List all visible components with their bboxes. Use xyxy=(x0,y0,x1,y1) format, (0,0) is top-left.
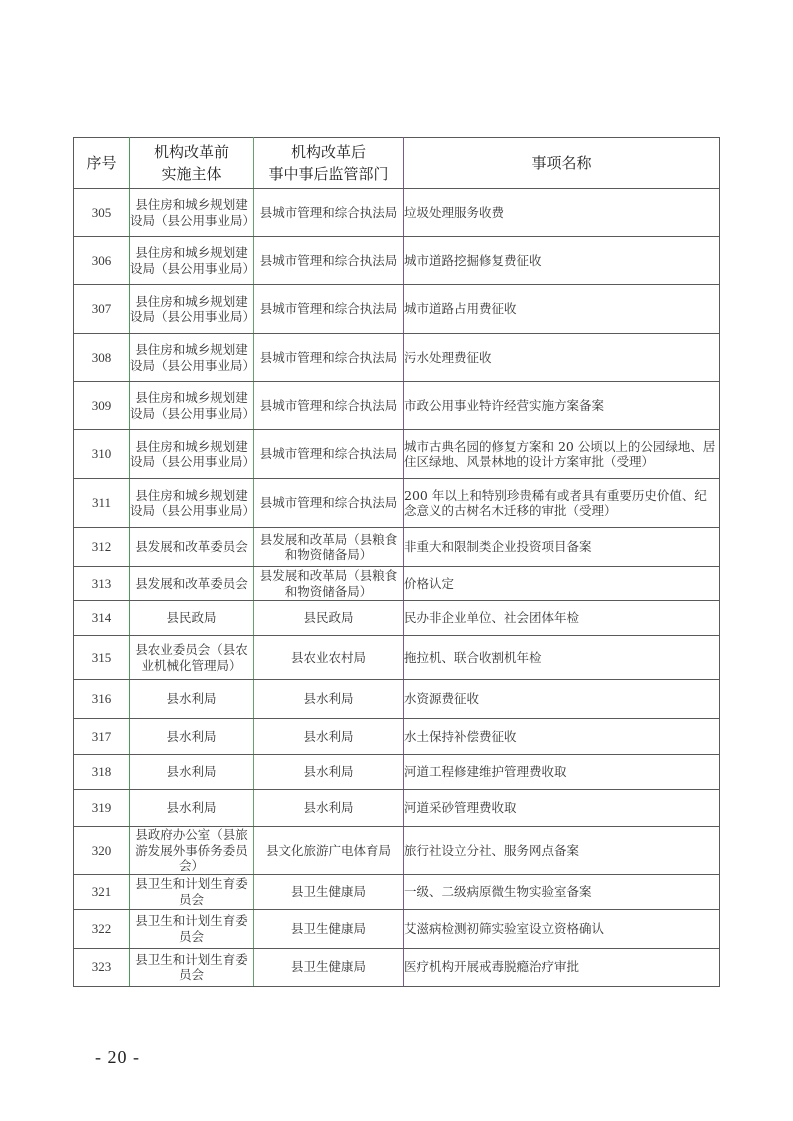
row-after-reform-department: 县城市管理和综合执法局 xyxy=(254,237,404,285)
row-matter-name: 河道采砂管理费收取 xyxy=(404,790,720,827)
row-matter-name: 医疗机构开展戒毒脱瘾治疗审批 xyxy=(404,948,720,986)
row-before-reform-entity: 县住房和城乡规划建设局（县公用事业局） xyxy=(130,430,254,479)
regulatory-matters-table: 序号 机构改革前 实施主体 机构改革后 事中事后监管部门 事项名称 305县住房… xyxy=(73,137,720,987)
row-index: 310 xyxy=(74,430,130,479)
row-before-reform-entity: 县住房和城乡规划建设局（县公用事业局） xyxy=(130,382,254,430)
row-before-reform-entity: 县住房和城乡规划建设局（县公用事业局） xyxy=(130,237,254,285)
row-before-reform-entity: 县发展和改革委员会 xyxy=(130,528,254,567)
row-before-reform-entity: 县住房和城乡规划建设局（县公用事业局） xyxy=(130,479,254,528)
row-before-reform-entity: 县民政局 xyxy=(130,601,254,636)
table-row: 314县民政局县民政局民办非企业单位、社会团体年检 xyxy=(74,601,720,636)
row-index: 309 xyxy=(74,382,130,430)
header-before-reform-entity: 机构改革前 实施主体 xyxy=(130,138,254,189)
row-index: 314 xyxy=(74,601,130,636)
row-after-reform-department: 县城市管理和综合执法局 xyxy=(254,382,404,430)
table-row: 320县政府办公室（县旅游发展外事侨务委员会）县文化旅游广电体育局旅行社设立分社… xyxy=(74,827,720,875)
row-matter-name: 河道工程修建维护管理费收取 xyxy=(404,755,720,790)
row-before-reform-entity: 县发展和改革委员会 xyxy=(130,567,254,601)
row-after-reform-department: 县卫生健康局 xyxy=(254,874,404,909)
row-matter-name: 城市道路占用费征收 xyxy=(404,285,720,334)
table-row: 317县水利局县水利局水土保持补偿费征收 xyxy=(74,719,720,755)
row-index: 323 xyxy=(74,948,130,986)
table-row: 305县住房和城乡规划建设局（县公用事业局）县城市管理和综合执法局垃圾处理服务收… xyxy=(74,189,720,237)
row-index: 312 xyxy=(74,528,130,567)
row-index: 319 xyxy=(74,790,130,827)
row-after-reform-department: 县文化旅游广电体育局 xyxy=(254,827,404,875)
row-matter-name: 民办非企业单位、社会团体年检 xyxy=(404,601,720,636)
row-index: 322 xyxy=(74,909,130,948)
table-row: 311县住房和城乡规划建设局（县公用事业局）县城市管理和综合执法局200 年以上… xyxy=(74,479,720,528)
table-row: 312县发展和改革委员会县发展和改革局（县粮食和物资储备局）非重大和限制类企业投… xyxy=(74,528,720,567)
table-row: 306县住房和城乡规划建设局（县公用事业局）县城市管理和综合执法局城市道路挖掘修… xyxy=(74,237,720,285)
row-after-reform-department: 县水利局 xyxy=(254,755,404,790)
table-row: 310县住房和城乡规划建设局（县公用事业局）县城市管理和综合执法局城市古典名园的… xyxy=(74,430,720,479)
row-index: 321 xyxy=(74,874,130,909)
row-matter-name: 城市古典名园的修复方案和 20 公顷以上的公园绿地、居住区绿地、风景林地的设计方… xyxy=(404,430,720,479)
row-before-reform-entity: 县水利局 xyxy=(130,755,254,790)
row-index: 305 xyxy=(74,189,130,237)
table-row: 321县卫生和计划生育委员会县卫生健康局一级、二级病原微生物实验室备案 xyxy=(74,874,720,909)
table-row: 323县卫生和计划生育委员会县卫生健康局医疗机构开展戒毒脱瘾治疗审批 xyxy=(74,948,720,986)
row-index: 316 xyxy=(74,680,130,719)
row-matter-name: 污水处理费征收 xyxy=(404,334,720,382)
row-before-reform-entity: 县住房和城乡规划建设局（县公用事业局） xyxy=(130,189,254,237)
row-matter-name: 水资源费征收 xyxy=(404,680,720,719)
row-after-reform-department: 县水利局 xyxy=(254,790,404,827)
row-matter-name: 价格认定 xyxy=(404,567,720,601)
row-index: 311 xyxy=(74,479,130,528)
table-row: 309县住房和城乡规划建设局（县公用事业局）县城市管理和综合执法局市政公用事业特… xyxy=(74,382,720,430)
row-before-reform-entity: 县住房和城乡规划建设局（县公用事业局） xyxy=(130,334,254,382)
table-row: 322县卫生和计划生育委员会县卫生健康局艾滋病检测初筛实验室设立资格确认 xyxy=(74,909,720,948)
row-index: 313 xyxy=(74,567,130,601)
row-index: 306 xyxy=(74,237,130,285)
row-index: 318 xyxy=(74,755,130,790)
row-matter-name: 旅行社设立分社、服务网点备案 xyxy=(404,827,720,875)
row-before-reform-entity: 县卫生和计划生育委员会 xyxy=(130,909,254,948)
row-index: 315 xyxy=(74,636,130,680)
table-row: 316县水利局县水利局水资源费征收 xyxy=(74,680,720,719)
row-before-reform-entity: 县政府办公室（县旅游发展外事侨务委员会） xyxy=(130,827,254,875)
row-after-reform-department: 县发展和改革局（县粮食和物资储备局） xyxy=(254,528,404,567)
row-after-reform-department: 县卫生健康局 xyxy=(254,948,404,986)
row-matter-name: 垃圾处理服务收费 xyxy=(404,189,720,237)
row-after-reform-department: 县城市管理和综合执法局 xyxy=(254,285,404,334)
row-index: 307 xyxy=(74,285,130,334)
row-before-reform-entity: 县卫生和计划生育委员会 xyxy=(130,948,254,986)
table-row: 315县农业委员会（县农业机械化管理局）县农业农村局拖拉机、联合收割机年检 xyxy=(74,636,720,680)
row-after-reform-department: 县城市管理和综合执法局 xyxy=(254,430,404,479)
row-index: 308 xyxy=(74,334,130,382)
row-index: 317 xyxy=(74,719,130,755)
header-index: 序号 xyxy=(74,138,130,189)
row-after-reform-department: 县城市管理和综合执法局 xyxy=(254,479,404,528)
row-matter-name: 拖拉机、联合收割机年检 xyxy=(404,636,720,680)
row-matter-name: 城市道路挖掘修复费征收 xyxy=(404,237,720,285)
row-after-reform-department: 县发展和改革局（县粮食和物资储备局） xyxy=(254,567,404,601)
row-before-reform-entity: 县水利局 xyxy=(130,680,254,719)
row-matter-name: 非重大和限制类企业投资项目备案 xyxy=(404,528,720,567)
row-matter-name: 市政公用事业特许经营实施方案备案 xyxy=(404,382,720,430)
row-after-reform-department: 县城市管理和综合执法局 xyxy=(254,189,404,237)
document-page: 序号 机构改革前 实施主体 机构改革后 事中事后监管部门 事项名称 305县住房… xyxy=(0,0,793,1121)
row-before-reform-entity: 县住房和城乡规划建设局（县公用事业局） xyxy=(130,285,254,334)
header-after-reform-department: 机构改革后 事中事后监管部门 xyxy=(254,138,404,189)
table-row: 318县水利局县水利局河道工程修建维护管理费收取 xyxy=(74,755,720,790)
table-row: 319县水利局县水利局河道采砂管理费收取 xyxy=(74,790,720,827)
row-after-reform-department: 县农业农村局 xyxy=(254,636,404,680)
table-row: 307县住房和城乡规划建设局（县公用事业局）县城市管理和综合执法局城市道路占用费… xyxy=(74,285,720,334)
row-after-reform-department: 县卫生健康局 xyxy=(254,909,404,948)
table-header: 序号 机构改革前 实施主体 机构改革后 事中事后监管部门 事项名称 xyxy=(74,138,720,189)
row-matter-name: 一级、二级病原微生物实验室备案 xyxy=(404,874,720,909)
row-before-reform-entity: 县卫生和计划生育委员会 xyxy=(130,874,254,909)
row-matter-name: 200 年以上和特别珍贵稀有或者具有重要历史价值、纪念意义的古树名木迁移的审批（… xyxy=(404,479,720,528)
row-matter-name: 水土保持补偿费征收 xyxy=(404,719,720,755)
header-matter-name: 事项名称 xyxy=(404,138,720,189)
page-number: - 20 - xyxy=(95,1047,140,1068)
row-before-reform-entity: 县水利局 xyxy=(130,790,254,827)
table-body: 305县住房和城乡规划建设局（县公用事业局）县城市管理和综合执法局垃圾处理服务收… xyxy=(74,189,720,987)
row-after-reform-department: 县城市管理和综合执法局 xyxy=(254,334,404,382)
row-after-reform-department: 县水利局 xyxy=(254,719,404,755)
table-row: 313县发展和改革委员会县发展和改革局（县粮食和物资储备局）价格认定 xyxy=(74,567,720,601)
row-matter-name: 艾滋病检测初筛实验室设立资格确认 xyxy=(404,909,720,948)
row-after-reform-department: 县水利局 xyxy=(254,680,404,719)
row-index: 320 xyxy=(74,827,130,875)
table-row: 308县住房和城乡规划建设局（县公用事业局）县城市管理和综合执法局污水处理费征收 xyxy=(74,334,720,382)
row-after-reform-department: 县民政局 xyxy=(254,601,404,636)
row-before-reform-entity: 县水利局 xyxy=(130,719,254,755)
row-before-reform-entity: 县农业委员会（县农业机械化管理局） xyxy=(130,636,254,680)
